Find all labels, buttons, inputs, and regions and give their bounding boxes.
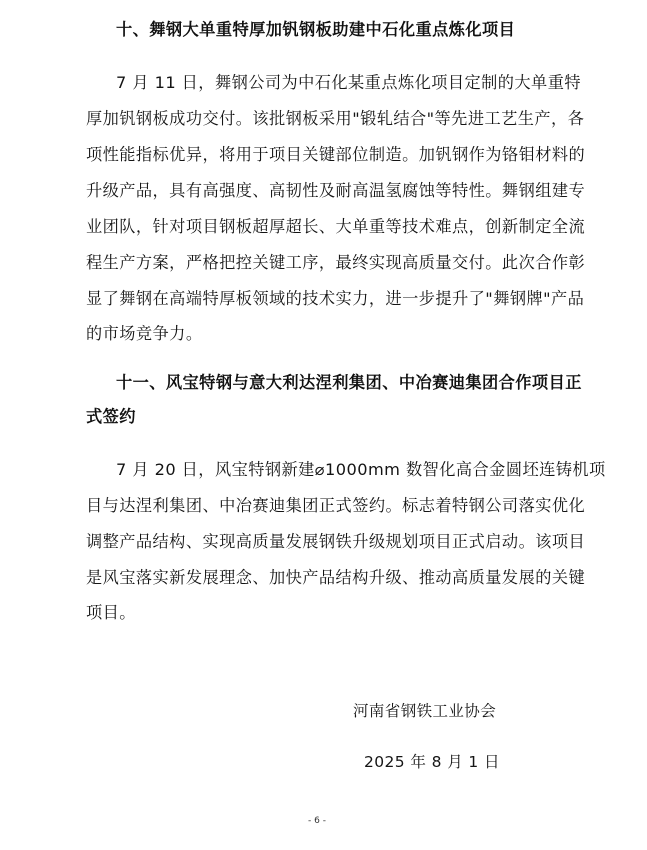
signature-date: 2025 年 8 月 1 日 bbox=[364, 752, 500, 772]
paragraph-line: 目与达涅利集团、中冶赛迪集团正式签约。标志着特钢公司落实优化 bbox=[86, 496, 585, 516]
page-number: - 6 - bbox=[308, 815, 326, 827]
paragraph-line: 7 月 20 日，风宝特钢新建⌀1000mm 数智化高合金圆坯连铸机项 bbox=[116, 460, 606, 480]
paragraph-line: 显了舞钢在高端特厚板领域的技术实力，进一步提升了"舞钢牌"产品 bbox=[86, 289, 584, 309]
paragraph-line: 项性能指标优异，将用于项目关键部位制造。加钒钢作为铬钼材料的 bbox=[86, 145, 585, 165]
paragraph-line: 业团队，针对项目钢板超厚超长、大单重等技术难点，创新制定全流 bbox=[86, 217, 585, 237]
signature-organization: 河南省钢铁工业协会 bbox=[353, 701, 496, 721]
paragraph-line: 7 月 11 日，舞钢公司为中石化某重点炼化项目定制的大单重特 bbox=[116, 73, 581, 93]
paragraph-line: 调整产品结构、实现高质量发展钢铁升级规划项目正式启动。该项目 bbox=[86, 532, 585, 552]
section-10-heading: 十、舞钢大单重特厚加钒钢板助建中石化重点炼化项目 bbox=[116, 20, 515, 40]
paragraph-line: 是风宝落实新发展理念、加快产品结构升级、推动高质量发展的关键 bbox=[86, 568, 585, 588]
paragraph-line: 程生产方案，严格把控关键工序，最终实现高质量交付。此次合作彰 bbox=[86, 253, 585, 273]
paragraph-line: 项目。 bbox=[86, 603, 136, 623]
paragraph-line: 厚加钒钢板成功交付。该批钢板采用"锻轧结合"等先进工艺生产，各 bbox=[86, 109, 584, 129]
section-11-heading-line: 十一、风宝特钢与意大利达涅利集团、中冶赛迪集团合作项目正 bbox=[116, 373, 582, 393]
paragraph-line: 的市场竞争力。 bbox=[86, 324, 202, 344]
paragraph-line: 升级产品，具有高强度、高韧性及耐高温氢腐蚀等特性。舞钢组建专 bbox=[86, 181, 585, 201]
section-11-heading-line: 式签约 bbox=[86, 407, 136, 427]
document-page: 十、舞钢大单重特厚加钒钢板助建中石化重点炼化项目 7 月 11 日，舞钢公司为中… bbox=[0, 0, 647, 850]
